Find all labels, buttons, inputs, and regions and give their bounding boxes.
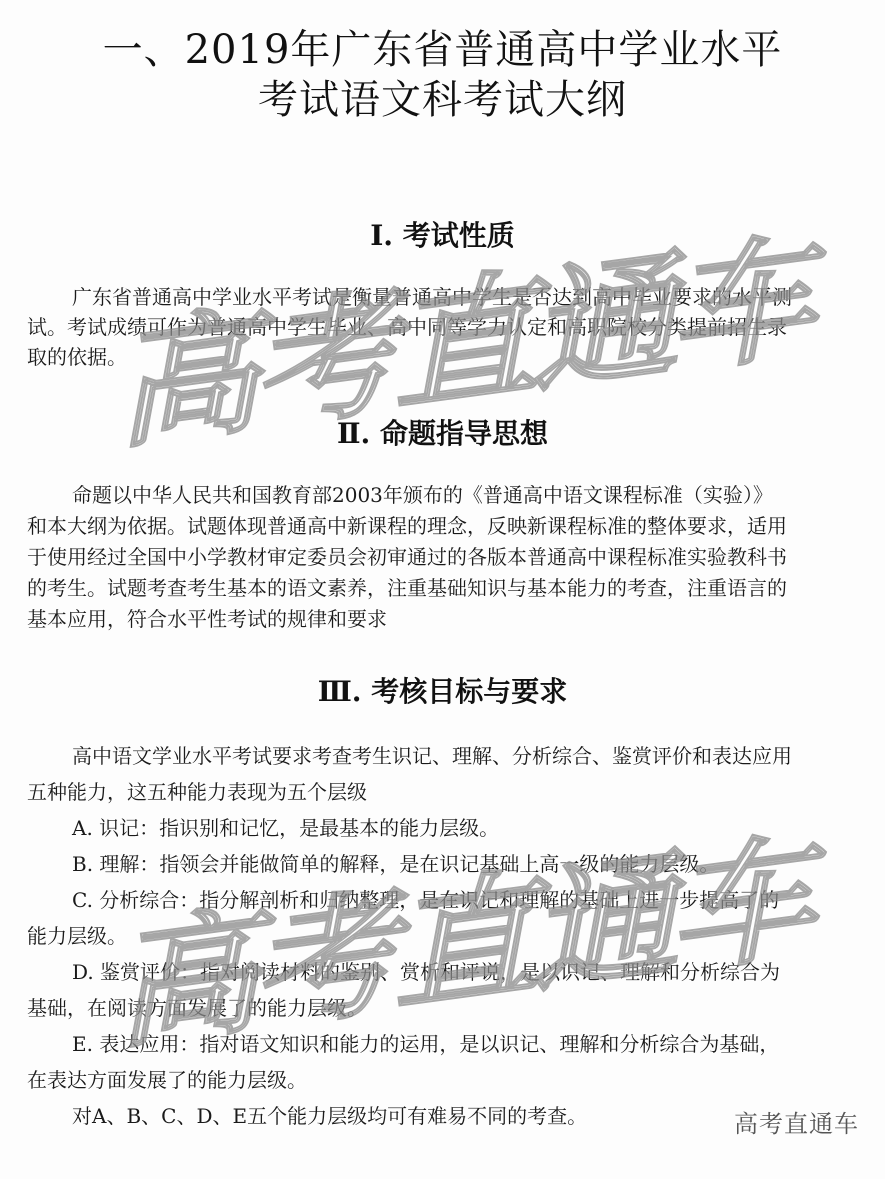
paragraph-line: 于使用经过全国中小学教材审定委员会初审通过的各版本普通高中课程标准实验教科书: [27, 542, 867, 573]
paragraph-line: 五种能力，这五种能力表现为五个层级: [27, 774, 867, 810]
ability-item-d-cont: 基础，在阅读方面发展了的能力层级。: [27, 990, 867, 1026]
section-body-guiding-principles: 命题以中华人民共和国教育部2003年颁布的《普通高中语文课程标准（实验）》 和本…: [27, 480, 867, 635]
ability-item-e-cont: 在表达方面发展了的能力层级。: [27, 1062, 867, 1098]
ability-item-c: C. 分析综合：指分解剖析和归纳整理，是在识记和理解的基础上进一步提高了的: [27, 882, 867, 918]
ability-item-c-cont: 能力层级。: [27, 918, 867, 954]
paragraph-line: 取的依据。: [27, 342, 867, 372]
ability-item-a: A. 识记：指识别和记忆，是最基本的能力层级。: [27, 810, 867, 846]
ability-item-b: B. 理解：指领会并能做简单的解释，是在识记基础上高一级的能力层级。: [27, 846, 867, 882]
section-heading-guiding-principles: Ⅱ. 命题指导思想: [0, 420, 885, 448]
corner-watermark: 高考直通车: [734, 1104, 859, 1139]
paragraph-line: 命题以中华人民共和国教育部2003年颁布的《普通高中语文课程标准（实验）》: [27, 480, 867, 511]
paragraph-line: 和本大纲为依据。试题体现普通高中新课程的理念，反映新课程标准的整体要求，适用: [27, 511, 867, 542]
section-heading-objectives: Ⅲ. 考核目标与要求: [0, 678, 885, 706]
section-body-nature: 广东省普通高中学业水平考试是衡量普通高中学生是否达到高中毕业要求的水平测 试。考…: [27, 282, 867, 372]
document-title-line-1: 一、2019年广东省普通高中学业水平: [0, 30, 885, 70]
paragraph-line: 基本应用，符合水平性考试的规律和要求: [27, 604, 867, 635]
paragraph-line: 试。考试成绩可作为普通高中学生毕业、高中同等学力认定和高职院校分类提前招生录: [27, 312, 867, 342]
paragraph-line: 广东省普通高中学业水平考试是衡量普通高中学生是否达到高中毕业要求的水平测: [27, 282, 867, 312]
document-title-line-2: 考试语文科考试大纲: [0, 80, 885, 120]
section-heading-nature: I. 考试性质: [0, 222, 885, 250]
document-page: 一、2019年广东省普通高中学业水平 考试语文科考试大纲 I. 考试性质 广东省…: [0, 0, 885, 1179]
paragraph-line: 的考生。试题考查考生基本的语文素养，注重基础知识与基本能力的考查，注重语言的: [27, 573, 867, 604]
ability-item-d: D. 鉴赏评价：指对阅读材料的鉴别、赏析和评说，是以识记、理解和分析综合为: [27, 954, 867, 990]
ability-item-e: E. 表达应用：指对语文知识和能力的运用，是以识记、理解和分析综合为基础，: [27, 1026, 867, 1062]
section-body-objectives: 高中语文学业水平考试要求考查考生识记、理解、分析综合、鉴赏评价和表达应用 五种能…: [27, 738, 867, 1134]
paragraph-line: 高中语文学业水平考试要求考查考生识记、理解、分析综合、鉴赏评价和表达应用: [27, 738, 867, 774]
